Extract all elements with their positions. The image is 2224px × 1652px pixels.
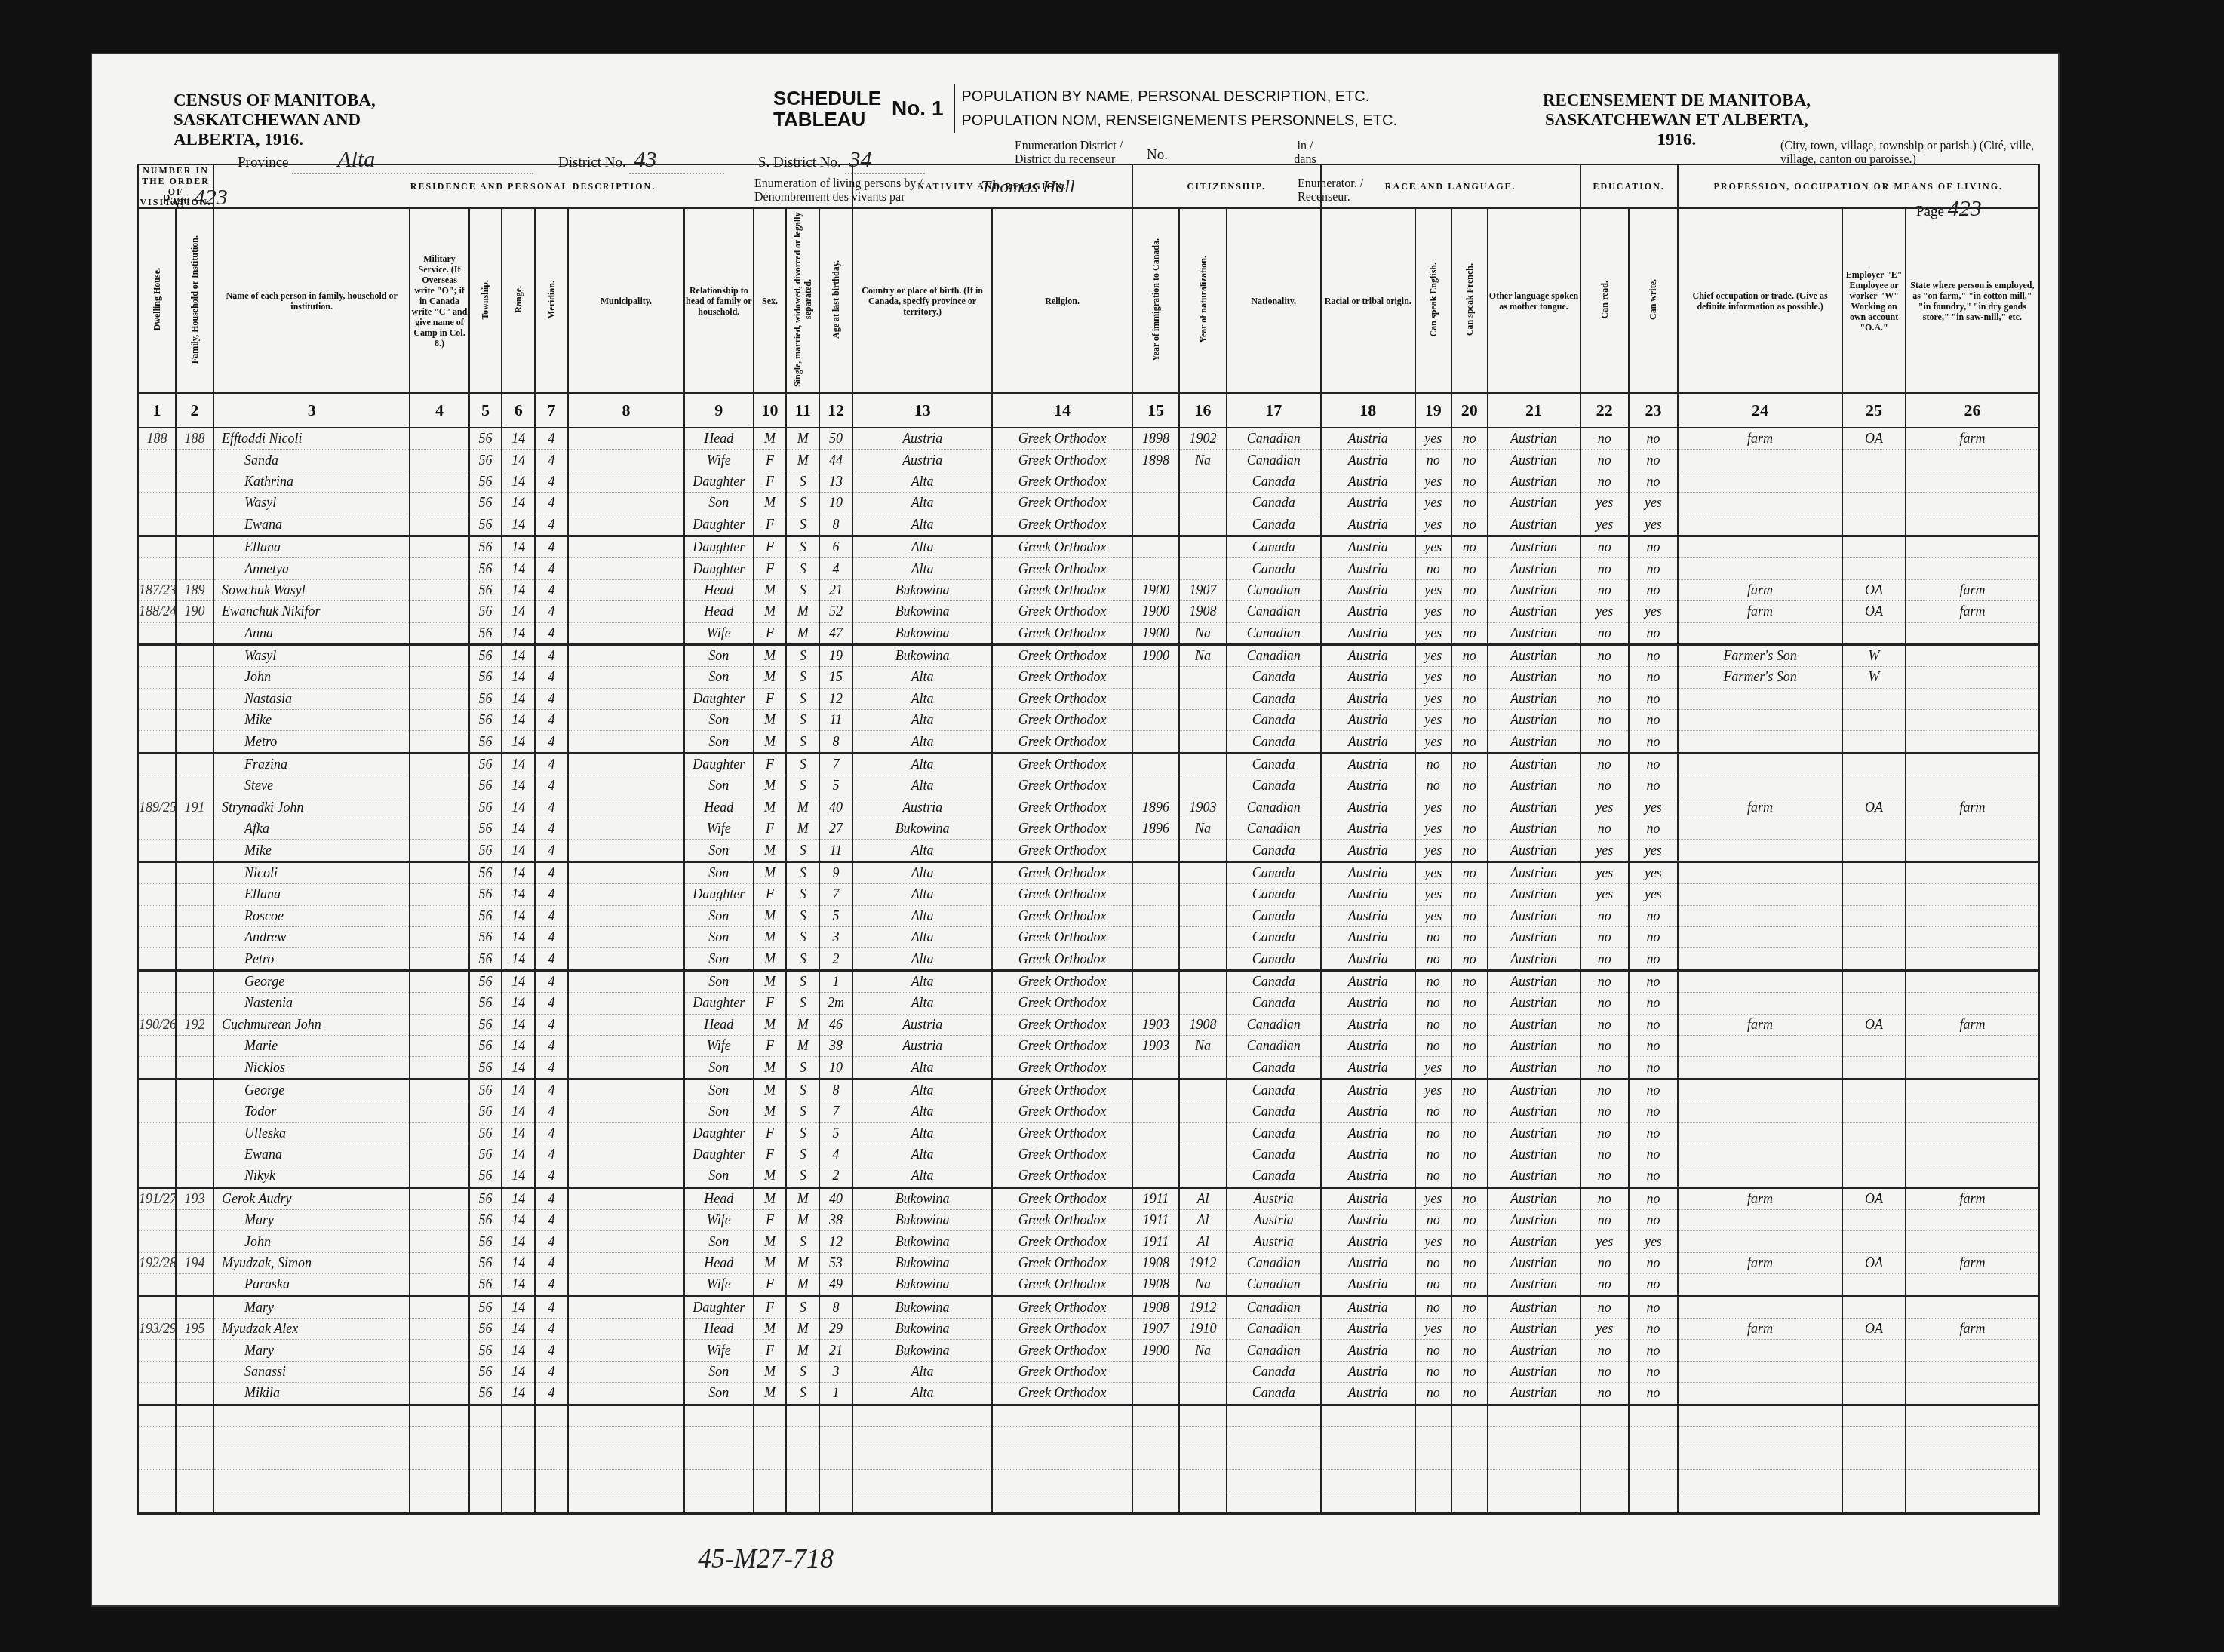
cell-mil <box>410 1491 468 1513</box>
cell-twp: 56 <box>469 1122 502 1144</box>
cell-muni <box>568 710 684 731</box>
cell-eng: no <box>1415 775 1451 797</box>
cell-imm <box>1132 993 1180 1014</box>
table-row <box>138 1448 2039 1469</box>
cell-mil <box>410 753 468 775</box>
cell-age: 3 <box>819 1361 852 1382</box>
cell-read: no <box>1580 688 1630 709</box>
cell-read: no <box>1580 710 1630 731</box>
cell-birth: Bukowina <box>852 1231 992 1252</box>
cell-nat: Na <box>1179 1274 1227 1296</box>
cell-nat: Na <box>1179 1340 1227 1361</box>
cell-occ <box>1678 558 1843 579</box>
cell-name: John <box>213 667 410 688</box>
cell-write: no <box>1629 644 1678 666</box>
cell-mil <box>410 710 468 731</box>
cell-occ <box>1678 622 1843 644</box>
cell-nat: Al <box>1179 1231 1227 1252</box>
cell-age: 49 <box>819 1274 852 1296</box>
cell-where <box>1906 1057 2039 1079</box>
cell-mil <box>410 1231 468 1252</box>
cell-dwelling <box>138 753 176 775</box>
cell-twp: 56 <box>469 1210 502 1231</box>
cell-nat <box>1179 493 1227 514</box>
cell-nat <box>1179 1448 1227 1469</box>
cell-fr: no <box>1451 1187 1488 1209</box>
cell-twp <box>469 1491 502 1513</box>
col-header-6: Range. <box>502 208 535 393</box>
cell-fr: no <box>1451 1274 1488 1296</box>
cell-age <box>819 1491 852 1513</box>
cell-dwelling <box>138 1210 176 1231</box>
cell-origin: Austria <box>1321 493 1415 514</box>
cell-muni <box>568 1231 684 1252</box>
cell-emp <box>1842 861 1905 883</box>
cell-emp <box>1842 926 1905 947</box>
cell-occ: farm <box>1678 797 1843 818</box>
cell-mil <box>410 797 468 818</box>
cell-rge: 14 <box>502 471 535 492</box>
table-row: Roscoe56144SonMS5AltaGreek OrthodoxCanad… <box>138 905 2039 926</box>
cell-sex: F <box>754 622 787 644</box>
cell-emp <box>1842 1361 1905 1382</box>
cell-birth: Austria <box>852 1035 992 1056</box>
cell-eng: no <box>1415 926 1451 947</box>
cell-where <box>1906 667 2039 688</box>
table-row: Mike56144SonMS11AltaGreek OrthodoxCanada… <box>138 710 2039 731</box>
cell-nationality <box>1227 1405 1321 1426</box>
cell-origin: Austria <box>1321 1187 1415 1209</box>
cell-twp: 56 <box>469 1274 502 1296</box>
cell-rel: Head <box>684 1252 754 1273</box>
cell-emp <box>1842 1426 1905 1448</box>
cell-name <box>213 1405 410 1426</box>
cell-ms: S <box>786 514 819 536</box>
section-race-language: RACE AND LANGUAGE. <box>1321 164 1580 208</box>
cell-read: no <box>1580 1101 1630 1122</box>
cell-age: 52 <box>819 601 852 622</box>
cell-emp <box>1842 471 1905 492</box>
cell-write: no <box>1629 428 1678 450</box>
cell-nat <box>1179 710 1227 731</box>
cell-twp: 56 <box>469 926 502 947</box>
cell-write: yes <box>1629 601 1678 622</box>
cell-read: no <box>1580 1165 1630 1187</box>
cell-birth: Alta <box>852 775 992 797</box>
cell-twp: 56 <box>469 450 502 471</box>
cell-emp <box>1842 1383 1905 1405</box>
cell-emp <box>1842 558 1905 579</box>
cell-emp <box>1842 1210 1905 1231</box>
cell-read: no <box>1580 1361 1630 1382</box>
table-row: Ulleska56144DaughterFS5AltaGreek Orthodo… <box>138 1122 2039 1144</box>
cell-rel: Head <box>684 797 754 818</box>
cell-dwelling <box>138 775 176 797</box>
cell-imm <box>1132 1079 1180 1101</box>
cell-fr: no <box>1451 471 1488 492</box>
cell-muni <box>568 493 684 514</box>
cell-eng: no <box>1415 450 1451 471</box>
cell-dwelling <box>138 1035 176 1056</box>
table-row: 189/25191Strynadki John56144HeadMM40Aust… <box>138 797 2039 818</box>
col-header-23: Can write. <box>1629 208 1678 393</box>
cell-occ: farm <box>1678 579 1843 600</box>
cell-religion: Greek Orthodox <box>992 1101 1132 1122</box>
cell-name: Annetya <box>213 558 410 579</box>
cell-nationality: Canadian <box>1227 1035 1321 1056</box>
cell-nat: 1907 <box>1179 579 1227 600</box>
cell-nat: Na <box>1179 644 1227 666</box>
cell-where <box>1906 818 2039 840</box>
cell-sex: M <box>754 970 787 992</box>
cell-name: Ewana <box>213 1144 410 1165</box>
cell-nat: Na <box>1179 450 1227 471</box>
cell-ms: S <box>786 536 819 557</box>
cell-imm <box>1132 1426 1180 1448</box>
cell-emp <box>1842 1448 1905 1469</box>
cell-nationality <box>1227 1469 1321 1491</box>
table-row <box>138 1426 2039 1448</box>
cell-write: no <box>1629 558 1678 579</box>
cell-nationality: Canada <box>1227 731 1321 753</box>
cell-rel: Daughter <box>684 884 754 905</box>
cell-tongue: Austrian <box>1488 818 1580 840</box>
cell-imm: 1911 <box>1132 1231 1180 1252</box>
cell-nationality: Canada <box>1227 558 1321 579</box>
cell-eng: yes <box>1415 818 1451 840</box>
cell-nat <box>1179 1426 1227 1448</box>
cell-dwelling <box>138 450 176 471</box>
cell-tongue: Austrian <box>1488 667 1580 688</box>
cell-rel: Son <box>684 667 754 688</box>
cell-age: 21 <box>819 579 852 600</box>
cell-muni <box>568 1340 684 1361</box>
cell-eng <box>1415 1491 1451 1513</box>
cell-dwelling <box>138 1122 176 1144</box>
cell-write: no <box>1629 471 1678 492</box>
cell-fr: no <box>1451 993 1488 1014</box>
cell-age: 7 <box>819 884 852 905</box>
cell-ms: M <box>786 428 819 450</box>
cell-tongue: Austrian <box>1488 731 1580 753</box>
cell-religion: Greek Orthodox <box>992 818 1132 840</box>
cell-eng: no <box>1415 970 1451 992</box>
cell-ms: S <box>786 1079 819 1101</box>
cell-birth: Austria <box>852 797 992 818</box>
cell-fr: no <box>1451 1014 1488 1035</box>
cell-religion: Greek Orthodox <box>992 970 1132 992</box>
cell-name: Anna <box>213 622 410 644</box>
cell-emp <box>1842 1469 1905 1491</box>
cell-fr: no <box>1451 667 1488 688</box>
cell-fr: no <box>1451 622 1488 644</box>
cell-ms: S <box>786 1101 819 1122</box>
cell-read: no <box>1580 667 1630 688</box>
cell-religion <box>992 1448 1132 1469</box>
cell-fr: no <box>1451 450 1488 471</box>
cell-origin <box>1321 1448 1415 1469</box>
cell-sex <box>754 1405 787 1426</box>
cell-fr: no <box>1451 1383 1488 1405</box>
cell-rge: 14 <box>502 1383 535 1405</box>
col-header-2: Family, Household or Institution. <box>176 208 213 393</box>
cell-mil <box>410 622 468 644</box>
cell-write <box>1629 1491 1678 1513</box>
cell-fr: no <box>1451 1101 1488 1122</box>
cell-ms: S <box>786 1057 819 1079</box>
cell-write: no <box>1629 1079 1678 1101</box>
cell-rel: Head <box>684 1014 754 1035</box>
cell-sex: F <box>754 1122 787 1144</box>
cell-write: yes <box>1629 861 1678 883</box>
cell-nationality: Canadian <box>1227 622 1321 644</box>
table-row: Frazina56144DaughterFS7AltaGreek Orthodo… <box>138 753 2039 775</box>
cell-family <box>176 1165 213 1187</box>
cell-rge: 14 <box>502 579 535 600</box>
cell-ms: S <box>786 731 819 753</box>
cell-twp: 56 <box>469 1383 502 1405</box>
cell-nationality: Canada <box>1227 884 1321 905</box>
table-row: Todor56144SonMS7AltaGreek OrthodoxCanada… <box>138 1101 2039 1122</box>
cell-eng: no <box>1415 1144 1451 1165</box>
cell-age: 5 <box>819 1122 852 1144</box>
cell-religion: Greek Orthodox <box>992 840 1132 861</box>
cell-muni <box>568 1252 684 1273</box>
cell-emp <box>1842 1165 1905 1187</box>
cell-mil <box>410 905 468 926</box>
cell-sex: M <box>754 667 787 688</box>
cell-rel: Daughter <box>684 558 754 579</box>
cell-sex: F <box>754 558 787 579</box>
cell-origin: Austria <box>1321 970 1415 992</box>
cell-tongue: Austrian <box>1488 688 1580 709</box>
cell-religion: Greek Orthodox <box>992 1274 1132 1296</box>
cell-tongue: Austrian <box>1488 601 1580 622</box>
cell-age: 27 <box>819 818 852 840</box>
cell-sex: F <box>754 884 787 905</box>
cell-where <box>1906 471 2039 492</box>
cell-muni <box>568 1383 684 1405</box>
cell-sex: F <box>754 1210 787 1231</box>
cell-birth: Austria <box>852 450 992 471</box>
cell-ms: M <box>786 622 819 644</box>
cell-eng: no <box>1415 1122 1451 1144</box>
cell-occ <box>1678 905 1843 926</box>
cell-twp: 56 <box>469 818 502 840</box>
cell-name: Myudzak, Simon <box>213 1252 410 1273</box>
cell-tongue: Austrian <box>1488 970 1580 992</box>
cell-sex: M <box>754 775 787 797</box>
cell-imm <box>1132 753 1180 775</box>
col-header-22: Can read. <box>1580 208 1630 393</box>
table-row: Afka56144WifeFM27BukowinaGreek Orthodox1… <box>138 818 2039 840</box>
cell-where <box>1906 622 2039 644</box>
cell-muni <box>568 1491 684 1513</box>
cell-birth: Alta <box>852 1383 992 1405</box>
cell-write: no <box>1629 622 1678 644</box>
cell-age: 3 <box>819 926 852 947</box>
cell-where: farm <box>1906 601 2039 622</box>
cell-dwelling: 189/25 <box>138 797 176 818</box>
cell-religion: Greek Orthodox <box>992 775 1132 797</box>
cell-sex: M <box>754 1187 787 1209</box>
table-row: Wasyl56144SonMS10AltaGreek OrthodoxCanad… <box>138 493 2039 514</box>
cell-emp: OA <box>1842 428 1905 450</box>
col-header-4: Military Service. (If Overseas write "O"… <box>410 208 468 393</box>
cell-fr: no <box>1451 1035 1488 1056</box>
cell-where <box>1906 1231 2039 1252</box>
cell-fr: no <box>1451 884 1488 905</box>
cell-religion: Greek Orthodox <box>992 579 1132 600</box>
cell-emp: OA <box>1842 797 1905 818</box>
cell-religion: Greek Orthodox <box>992 1319 1132 1340</box>
cell-write: yes <box>1629 1231 1678 1252</box>
cell-twp <box>469 1448 502 1469</box>
cell-sex <box>754 1426 787 1448</box>
cell-emp <box>1842 1079 1905 1101</box>
cell-rel: Son <box>684 948 754 970</box>
census-title-en: CENSUS OF MANITOBA, SASKATCHEWAN AND ALB… <box>174 91 376 149</box>
cell-religion: Greek Orthodox <box>992 558 1132 579</box>
cell-birth: Bukowina <box>852 579 992 600</box>
cell-mil <box>410 536 468 557</box>
cell-family <box>176 1448 213 1469</box>
cell-muni <box>568 1448 684 1469</box>
cell-eng: yes <box>1415 1057 1451 1079</box>
cell-write <box>1629 1448 1678 1469</box>
table-row: Annetya56144DaughterFS4AltaGreek Orthodo… <box>138 558 2039 579</box>
cell-birth: Alta <box>852 688 992 709</box>
cell-age: 4 <box>819 1144 852 1165</box>
cell-ms: S <box>786 1144 819 1165</box>
cell-occ <box>1678 840 1843 861</box>
cell-eng: yes <box>1415 840 1451 861</box>
cell-fr: no <box>1451 775 1488 797</box>
cell-sex: F <box>754 688 787 709</box>
cell-age: 12 <box>819 688 852 709</box>
cell-muni <box>568 536 684 557</box>
cell-age: 6 <box>819 536 852 557</box>
cell-mer: 4 <box>535 536 568 557</box>
cell-ms <box>786 1426 819 1448</box>
cell-birth: Alta <box>852 970 992 992</box>
cell-birth: Alta <box>852 753 992 775</box>
cell-occ <box>1678 1210 1843 1231</box>
cell-nationality: Canada <box>1227 753 1321 775</box>
cell-twp: 56 <box>469 1296 502 1318</box>
cell-twp: 56 <box>469 840 502 861</box>
cell-occ <box>1678 993 1843 1014</box>
cell-eng: yes <box>1415 514 1451 536</box>
cell-muni <box>568 558 684 579</box>
cell-ms: S <box>786 667 819 688</box>
cell-fr: no <box>1451 753 1488 775</box>
cell-origin: Austria <box>1321 1035 1415 1056</box>
cell-read: no <box>1580 993 1630 1014</box>
schedule-number: No. 1 <box>892 97 943 121</box>
cell-sex: M <box>754 861 787 883</box>
cell-ms: S <box>786 1383 819 1405</box>
cell-mil <box>410 667 468 688</box>
col-header-18: Racial or tribal origin. <box>1321 208 1415 393</box>
cell-sex: M <box>754 1079 787 1101</box>
cell-where <box>1906 926 2039 947</box>
cell-birth: Alta <box>852 926 992 947</box>
cell-imm <box>1132 1101 1180 1122</box>
cell-muni <box>568 1165 684 1187</box>
cell-eng: yes <box>1415 1319 1451 1340</box>
col-header-24: Chief occupation or trade. (Give as defi… <box>1678 208 1843 393</box>
cell-name: Ewana <box>213 514 410 536</box>
cell-where <box>1906 1165 2039 1187</box>
cell-religion: Greek Orthodox <box>992 667 1132 688</box>
cell-twp: 56 <box>469 1057 502 1079</box>
cell-mil <box>410 1122 468 1144</box>
locality-label: (City, town, village, township or parish… <box>1780 140 2037 167</box>
cell-twp: 56 <box>469 797 502 818</box>
col-header-19: Can speak English. <box>1415 208 1451 393</box>
cell-twp: 56 <box>469 579 502 600</box>
cell-sex: F <box>754 536 787 557</box>
cell-imm <box>1132 840 1180 861</box>
cell-origin: Austria <box>1321 1079 1415 1101</box>
table-row: Anna56144WifeFM47BukowinaGreek Orthodox1… <box>138 622 2039 644</box>
cell-sex <box>754 1491 787 1513</box>
cell-religion: Greek Orthodox <box>992 993 1132 1014</box>
cell-ms: M <box>786 1340 819 1361</box>
cell-origin: Austria <box>1321 1144 1415 1165</box>
cell-birth: Alta <box>852 861 992 883</box>
cell-rel: Head <box>684 1187 754 1209</box>
cell-ms: M <box>786 601 819 622</box>
cell-age: 11 <box>819 710 852 731</box>
cell-ms: M <box>786 818 819 840</box>
cell-imm <box>1132 710 1180 731</box>
cell-where <box>1906 970 2039 992</box>
col-header-13: Country or place of birth. (If in Canada… <box>852 208 992 393</box>
cell-muni <box>568 622 684 644</box>
cell-muni <box>568 1210 684 1231</box>
cell-rge: 14 <box>502 840 535 861</box>
cell-birth <box>852 1448 992 1469</box>
cell-name: Nicklos <box>213 1057 410 1079</box>
cell-tongue: Austrian <box>1488 775 1580 797</box>
cell-tongue: Austrian <box>1488 536 1580 557</box>
cell-dwelling <box>138 536 176 557</box>
cell-emp <box>1842 884 1905 905</box>
cell-tongue <box>1488 1426 1580 1448</box>
cell-eng <box>1415 1426 1451 1448</box>
cell-read: no <box>1580 450 1630 471</box>
cell-imm <box>1132 1057 1180 1079</box>
cell-emp <box>1842 1491 1905 1513</box>
cell-dwelling <box>138 1448 176 1469</box>
cell-origin: Austria <box>1321 926 1415 947</box>
cell-mer: 4 <box>535 926 568 947</box>
cell-rge: 14 <box>502 775 535 797</box>
cell-eng: no <box>1415 1252 1451 1273</box>
cell-emp <box>1842 622 1905 644</box>
cell-mil <box>410 1405 468 1426</box>
cell-fr: no <box>1451 861 1488 883</box>
cell-birth: Alta <box>852 514 992 536</box>
cell-religion: Greek Orthodox <box>992 905 1132 926</box>
cell-nationality: Canadian <box>1227 818 1321 840</box>
col-header-5: Township. <box>469 208 502 393</box>
cell-read: no <box>1580 1144 1630 1165</box>
cell-family <box>176 558 213 579</box>
cell-imm <box>1132 1165 1180 1187</box>
